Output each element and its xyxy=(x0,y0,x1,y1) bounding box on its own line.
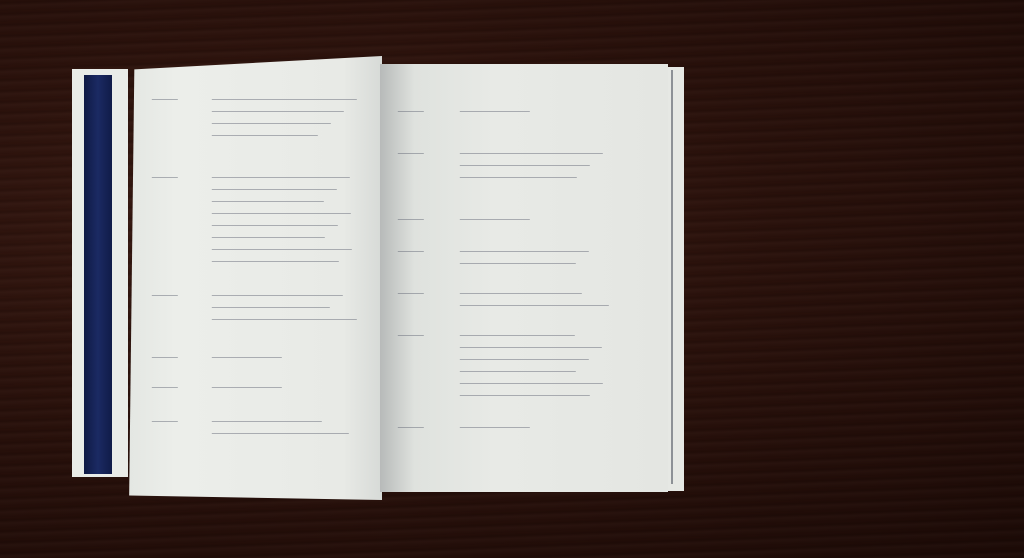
handwritten-line xyxy=(212,386,283,388)
handwritten-line xyxy=(212,98,358,100)
handwritten-line xyxy=(212,122,332,124)
speaker-name-handwritten xyxy=(398,152,425,154)
handwritten-line xyxy=(212,188,338,190)
handwritten-line xyxy=(212,212,352,214)
handwritten-line xyxy=(460,152,604,154)
handwritten-line xyxy=(460,262,577,264)
handwritten-line xyxy=(212,236,326,238)
handwritten-line xyxy=(460,304,610,306)
handwritten-line xyxy=(212,294,344,296)
handwritten-line xyxy=(212,176,351,178)
handwritten-line xyxy=(460,218,531,220)
book-spine-band xyxy=(84,75,112,474)
speaker-name-handwritten xyxy=(398,218,425,220)
handwritten-line xyxy=(212,318,358,320)
handwritten-line xyxy=(212,260,340,262)
speaker-name-handwritten xyxy=(152,420,179,422)
handwritten-line xyxy=(460,382,604,384)
handwritten-line xyxy=(212,248,353,250)
speaker-name-handwritten xyxy=(152,356,179,358)
handwritten-line xyxy=(460,164,591,166)
handwritten-line xyxy=(460,394,591,396)
speaker-name-handwritten xyxy=(398,426,425,428)
handwritten-line xyxy=(460,110,531,112)
handwritten-line xyxy=(460,346,603,348)
handwritten-line xyxy=(460,334,576,336)
handwritten-line xyxy=(212,420,323,422)
handwritten-line xyxy=(460,370,577,372)
handwritten-line xyxy=(460,250,590,252)
speaker-name-handwritten xyxy=(398,292,425,294)
handwritten-line xyxy=(460,426,531,428)
handwritten-line xyxy=(460,292,583,294)
handwritten-line xyxy=(212,110,345,112)
cover-edge-line xyxy=(671,70,673,484)
handwritten-line xyxy=(460,358,590,360)
speaker-name-handwritten xyxy=(152,176,179,178)
handwritten-line xyxy=(212,224,339,226)
speaker-name-handwritten xyxy=(152,98,179,100)
handwritten-line xyxy=(212,200,325,202)
speaker-name-handwritten xyxy=(398,334,425,336)
speaker-name-handwritten xyxy=(152,294,179,296)
speaker-name-handwritten xyxy=(152,386,179,388)
speaker-name-handwritten xyxy=(398,250,425,252)
handwritten-line xyxy=(212,306,331,308)
handwritten-line xyxy=(212,432,350,434)
handwritten-line xyxy=(460,176,578,178)
handwritten-line xyxy=(212,134,319,136)
handwritten-line xyxy=(212,356,283,358)
speaker-name-handwritten xyxy=(398,110,425,112)
